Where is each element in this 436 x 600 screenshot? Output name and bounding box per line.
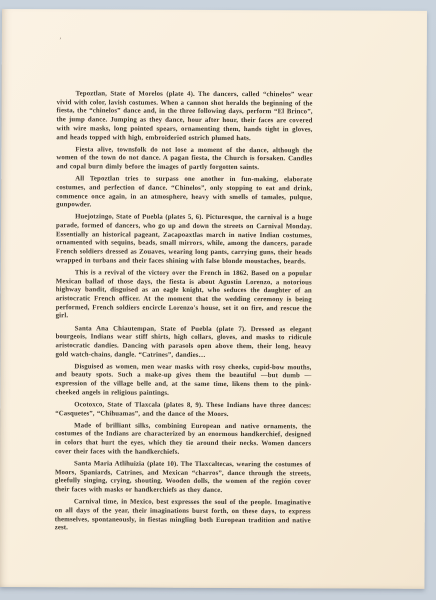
paragraph-revival-1862: This is a revival of the victory over th… [56,269,312,322]
paragraph-brilliant-silks: Made of brilliant silks, combining Europ… [55,422,311,458]
paragraph-disguised-as-women: Disguised as women, men wear masks with … [55,363,311,399]
paragraph-santa-ana-chiautempan: Santa Ana Chiautempan, State of Puebla (… [55,325,311,361]
paragraph-tepoztlan-intro: Tepoztlan, State of Morelos (plate 4). T… [56,90,312,143]
stray-ink-mark: ’ [58,37,62,44]
paragraph-huejotzingo: Huejotzingo, State of Puebla (plates 5, … [56,214,312,267]
scanner-background: ’ Tepoztlan, State of Morelos (plate 4).… [0,0,436,600]
paragraph-santa-maria-atlihuizia: Santa Maria Atlihuizia (plate 10). The T… [55,460,311,496]
paragraph-ocotoxco: Ocotoxco, State of Tlaxcala (plates 8, 9… [55,401,311,420]
paragraph-carnival-time: Carnival time, in Mexico, best expresses… [55,498,311,534]
paragraph-all-tepoztlan: All Tepoztlan tries to surpass one anoth… [56,175,312,211]
text-block: Tepoztlan, State of Morelos (plate 4). T… [55,90,313,534]
paragraph-fiesta-alive: Fiesta alive, townsfolk do not lose a mo… [56,146,312,173]
page-paper: ’ Tepoztlan, State of Morelos (plate 4).… [0,9,427,589]
